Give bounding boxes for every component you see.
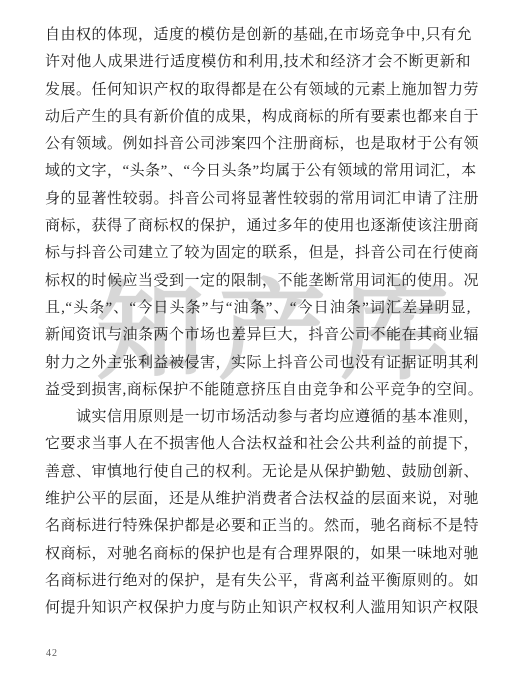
text-line: 且,“头条”、“今日头条”与“油条”、“今日油条”词汇差异明显, [45, 295, 471, 322]
text-line: 动后产生的具有新价值的成果，构成商标的所有要素也都来自于 [45, 104, 471, 131]
text-line: 它要求当事人在不损害他人合法权益和社会公共利益的前提下， [45, 431, 471, 458]
text-line: 射力之外主张利益被侵害，实际上抖音公司也没有证据证明其利 [45, 350, 471, 377]
page-number: 42 [46, 648, 58, 659]
text-line: 域的文字，“头条”、“今日头条”均属于公有领域的常用词汇，本 [45, 158, 471, 185]
text-line: 何提升知识产权保护力度与防止知识产权权利人滥用知识产权限 [45, 595, 471, 622]
text-line-paragraph-start: 诚实信用原则是一切市场活动参与者均应遵循的基本准则， [45, 404, 471, 431]
text-line: 权商标，对驰名商标的保护也是有合理界限的，如果一味地对驰 [45, 541, 471, 568]
text-line: 维护公平的层面，还是从维护消费者合法权益的层面来说，对驰 [45, 486, 471, 513]
text-line: 名商标进行特殊保护都是必要和正当的。然而，驰名商标不是特 [45, 513, 471, 540]
text-line: 益受到损害,商标保护不能随意挤压自由竞争和公平竞争的空间。 [45, 377, 471, 404]
text-line: 商标，获得了商标权的保护，通过多年的使用也逐渐使该注册商 [45, 213, 471, 240]
text-line: 新闻资讯与油条两个市场也差异巨大，抖音公司不能在其商业辐 [45, 322, 471, 349]
body-text: 自由权的体现，适度的模仿是创新的基础,在市场竞争中,只有允 许对他人成果进行适度… [45, 22, 471, 623]
text-line: 标权的时候应当受到一定的限制，不能垄断常用词汇的使用。况 [45, 268, 471, 295]
text-line: 身的显著性较弱。抖音公司将显著性较弱的常用词汇申请了注册 [45, 186, 471, 213]
text-line: 自由权的体现，适度的模仿是创新的基础,在市场竞争中,只有允 [45, 22, 471, 49]
text-line: 许对他人成果进行适度模仿和利用,技术和经济才会不断更新和 [45, 49, 471, 76]
text-line: 公有领域。例如抖音公司涉案四个注册商标，也是取材于公有领 [45, 131, 471, 158]
text-line: 发展。任何知识产权的取得都是在公有领域的元素上施加智力劳 [45, 77, 471, 104]
text-line: 标与抖音公司建立了较为固定的联系，但是，抖音公司在行使商 [45, 240, 471, 267]
text-line: 善意、审慎地行使自己的权利。无论是从保护勤勉、鼓励创新、 [45, 459, 471, 486]
text-line: 名商标进行绝对的保护，是有失公平，背离利益平衡原则的。如 [45, 568, 471, 595]
document-page: 知产库 自由权的体现，适度的模仿是创新的基础,在市场竞争中,只有允 许对他人成果… [0, 0, 516, 685]
